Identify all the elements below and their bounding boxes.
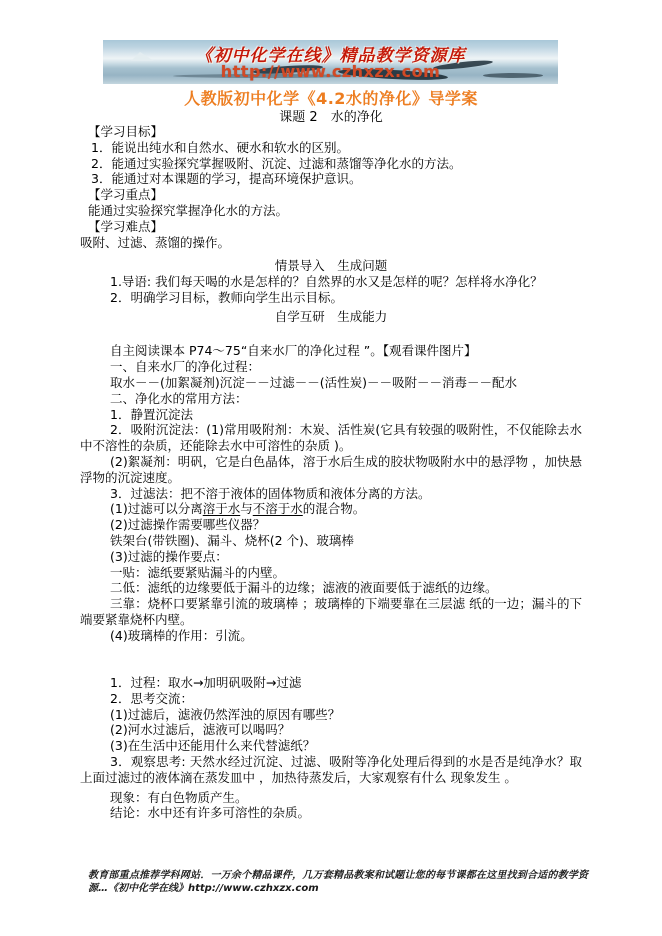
goals-heading: 【学习目标】 xyxy=(80,124,582,140)
section-2-title: 二、净化水的常用方法： xyxy=(80,391,582,407)
filter-sep-text: (1)过滤可以分离 xyxy=(110,501,203,516)
filter-sep-text: 与 xyxy=(240,501,253,516)
goal-item-1: 1．能说出纯水和自然水、硬水和软水的区别。 xyxy=(80,140,582,156)
filter-separation-line: (1)过滤可以分离溶于水与不溶于水的混合物。 xyxy=(80,501,582,517)
purification-flow: 取水－－(加絮凝剂)沉淀－－过滤－－(活性炭)－－吸附－－消毒－－配水 xyxy=(80,375,582,391)
intro-line-2: 2．明确学习目标，教师向学生出示目标。 xyxy=(80,290,582,306)
goal-item-2: 2．能通过实验探究掌握吸附、沉淀、过滤和蒸馏等净化水的方法。 xyxy=(80,156,582,172)
filter-question-2: (2)过滤操作需要哪些仪器？ xyxy=(80,517,582,533)
method-3: 3．过滤法：把不溶于液体的固体物质和液体分离的方法。 xyxy=(80,486,582,502)
lesson-title: 课题 2 水的净化 xyxy=(0,106,662,125)
observation-line: 现象：有白色物质产生。 xyxy=(80,790,582,806)
footer-promo-text: 教育部重点推荐学科网站．一万余个精品课件，几万套精品教案和试题让您的每节课都在这… xyxy=(88,869,588,895)
section-1-title: 一、自来水厂的净化过程： xyxy=(80,359,582,375)
method-1: 1．静置沉淀法 xyxy=(80,407,582,423)
blank-line xyxy=(80,659,582,675)
intro-line-1: 1.导语: 我们每天喝的水是怎样的？自然界的水又是怎样的呢？怎样将水净化？ xyxy=(80,274,582,290)
blank-line xyxy=(80,644,582,660)
method-2: 2．吸附沉淀法：(1)常用吸附剂：木炭、活性炭(它具有较强的吸附性，不仅能除去水… xyxy=(80,422,582,454)
situation-section-heading: 情景导入 生成问题 xyxy=(80,258,582,274)
filter-tip-3: 三靠：烧杯口要紧靠引流的玻璃棒 ；玻璃棒的下端要靠在三层滤 纸的一边；漏斗的下端… xyxy=(80,596,582,628)
filter-tip-2: 二低：滤纸的边缘要低于漏斗的边缘；滤液的液面要低于滤纸的边缘。 xyxy=(80,580,582,596)
filter-equipment-answer: 铁架台(带铁圈)、漏斗、烧杯(2 个)、玻璃棒 xyxy=(80,533,582,549)
banner-site-url: http://www.czhxzx.com xyxy=(103,62,558,81)
difficulty-heading: 【学习难点】 xyxy=(80,219,582,235)
blank-line xyxy=(80,328,582,344)
conclusion-line: 结论：水中还有许多可溶性的杂质。 xyxy=(80,805,582,821)
filter-question-4: (4)玻璃棒的作用：引流。 xyxy=(80,628,582,644)
reading-instruction: 自主阅读课本 P74～75“自来水厂的净化过程 ”。【观看课件图片】 xyxy=(80,343,582,359)
think-question-1: (1)过滤后，滤液仍然浑浊的原因有哪些？ xyxy=(80,707,582,723)
think-question-3: (3)在生活中还能用什么来代替滤纸？ xyxy=(80,738,582,754)
difficulty-text: 吸附、过滤、蒸馏的操作。 xyxy=(80,235,582,251)
goal-item-3: 3．能通过对本课题的学习，提高环境保护意识。 xyxy=(80,171,582,187)
filter-question-3: (3)过滤的操作要点： xyxy=(80,549,582,565)
key-points-text: 能通过实验探究掌握净化水的方法。 xyxy=(80,203,582,219)
document-body: 【学习目标】 1．能说出纯水和自然水、硬水和软水的区别。 2．能通过实验探究掌握… xyxy=(80,124,582,821)
document-page: 《初中化学在线》精品教学资源库 http://www.czhxzx.com 人教… xyxy=(0,0,662,936)
process-step-1: 1．过程：取水→加明矾吸附→过滤 xyxy=(80,675,582,691)
filter-sep-text: 的混合物。 xyxy=(303,501,366,516)
process-step-2: 2．思考交流： xyxy=(80,691,582,707)
site-banner-image: 《初中化学在线》精品教学资源库 http://www.czhxzx.com xyxy=(103,40,558,84)
process-step-3: 3．观察思考: 天然水经过沉淀、过滤、吸附等净化处理后得到的水是否是纯净水？取上… xyxy=(80,754,582,786)
key-points-heading: 【学习重点】 xyxy=(80,187,582,203)
underlined-insoluble: 不溶于水 xyxy=(253,501,303,516)
think-question-2: (2)河水过滤后，滤液可以喝吗？ xyxy=(80,722,582,738)
underlined-soluble: 溶于水 xyxy=(203,501,241,516)
selfstudy-section-heading: 自学互研 生成能力 xyxy=(80,309,582,325)
filter-tip-1: 一贴：滤纸要紧贴漏斗的内壁。 xyxy=(80,565,582,581)
method-2b: (2)絮凝剂：明矾，它是白色晶体，溶于水后生成的胶状物吸附水中的悬浮物 ，加快悬… xyxy=(80,454,582,486)
